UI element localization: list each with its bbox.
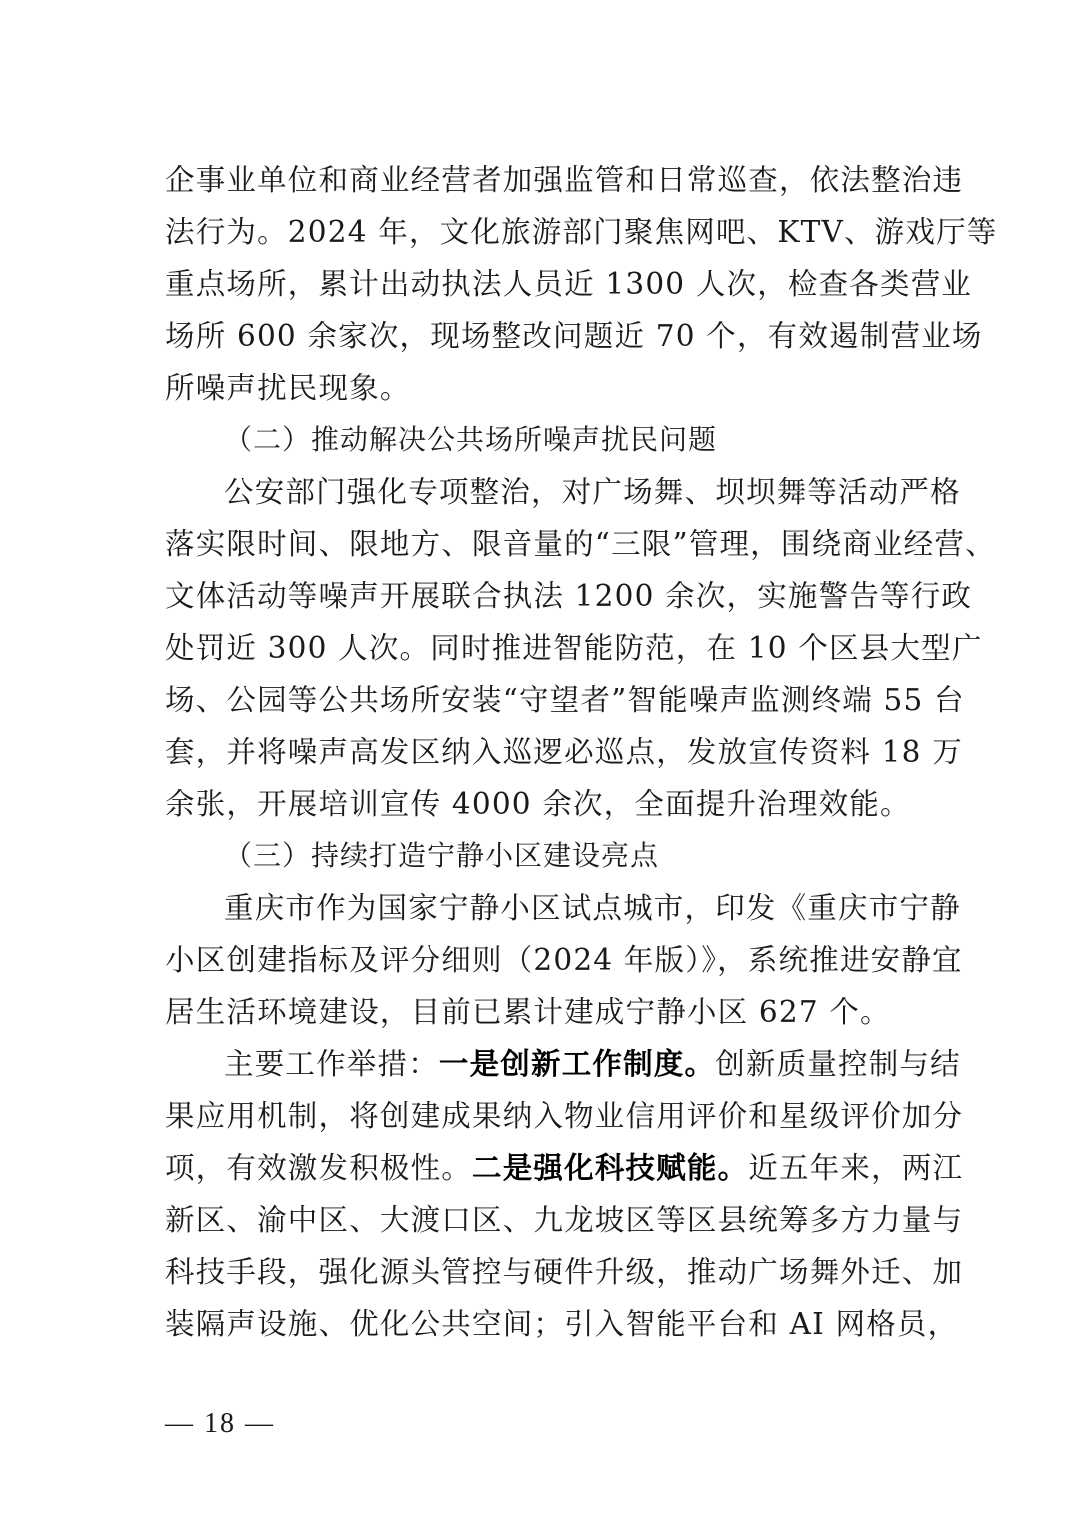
text-span: 项，有效激发积极性。: [165, 1151, 472, 1185]
text-line: 文体活动等噪声开展联合执法 1200 余次，实施警告等行政: [165, 570, 913, 622]
text-line: 新区、渝中区、大渡口区、九龙坡区等区县统筹多方力量与: [165, 1194, 913, 1246]
text-line: 落实限时间、限地方、限音量的“三限”管理，围绕商业经营、: [165, 518, 913, 570]
section-heading-quiet-communities: （三）持续打造宁静小区建设亮点: [165, 830, 913, 882]
paragraph-public-security: 公安部门强化专项整治，对广场舞、坝坝舞等活动严格 落实限时间、限地方、限音量的“…: [165, 466, 913, 830]
paragraph-main-measures: 主要工作举措：一是创新工作制度。创新质量控制与结 果应用机制，将创建成果纳入物业…: [165, 1038, 913, 1350]
text-line: 所噪声扰民现象。: [165, 362, 913, 414]
text-span: 创新质量控制与结: [715, 1047, 961, 1081]
text-line: 法行为。2024 年，文化旅游部门聚焦网吧、KTV、游戏厅等: [165, 206, 913, 258]
text-line: 科技手段，强化源头管控与硬件升级，推动广场舞外迁、加: [165, 1246, 913, 1298]
text-line: 装隔声设施、优化公共空间；引入智能平台和 AI 网格员，: [165, 1298, 913, 1350]
text-span: 近五年来，两江: [748, 1151, 963, 1185]
text-line: 公安部门强化专项整治，对广场舞、坝坝舞等活动严格: [165, 466, 913, 518]
measure-two-heading: 二是强化科技赋能。: [472, 1150, 748, 1185]
page-number: — 18 —: [165, 1408, 275, 1440]
text-line: 套，并将噪声高发区纳入巡逻必巡点，发放宣传资料 18 万: [165, 726, 913, 778]
text-span: 主要工作举措：: [224, 1047, 439, 1081]
text-line: 小区创建指标及评分细则（2024 年版）》，系统推进安静宜: [165, 934, 913, 986]
measure-one-heading: 一是创新工作制度。: [439, 1046, 715, 1081]
text-line: 居生活环境建设，目前已累计建成宁静小区 627 个。: [165, 986, 913, 1038]
text-line: 重点场所，累计出动执法人员近 1300 人次，检查各类营业: [165, 258, 913, 310]
text-line: 项，有效激发积极性。二是强化科技赋能。近五年来，两江: [165, 1142, 913, 1194]
paragraph-culture-tourism: 企事业单位和商业经营者加强监管和日常巡查，依法整治违 法行为。2024 年，文化…: [165, 154, 913, 414]
paragraph-chongqing-pilot: 重庆市作为国家宁静小区试点城市，印发《重庆市宁静 小区创建指标及评分细则（202…: [165, 882, 913, 1038]
text-line: 主要工作举措：一是创新工作制度。创新质量控制与结: [165, 1038, 913, 1090]
text-line: 处罚近 300 人次。同时推进智能防范，在 10 个区县大型广: [165, 622, 913, 674]
text-line: 重庆市作为国家宁静小区试点城市，印发《重庆市宁静: [165, 882, 913, 934]
text-line: 场、公园等公共场所安装“守望者”智能噪声监测终端 55 台: [165, 674, 913, 726]
text-line: 场所 600 余家次，现场整改问题近 70 个，有效遏制营业场: [165, 310, 913, 362]
text-line: 余张，开展培训宣传 4000 余次，全面提升治理效能。: [165, 778, 913, 830]
text-line: 企事业单位和商业经营者加强监管和日常巡查，依法整治违: [165, 154, 913, 206]
section-heading-public-places: （二）推动解决公共场所噪声扰民问题: [165, 414, 913, 466]
text-line: 果应用机制，将创建成果纳入物业信用评价和星级评价加分: [165, 1090, 913, 1142]
document-page: 企事业单位和商业经营者加强监管和日常巡查，依法整治违 法行为。2024 年，文化…: [165, 154, 913, 1350]
